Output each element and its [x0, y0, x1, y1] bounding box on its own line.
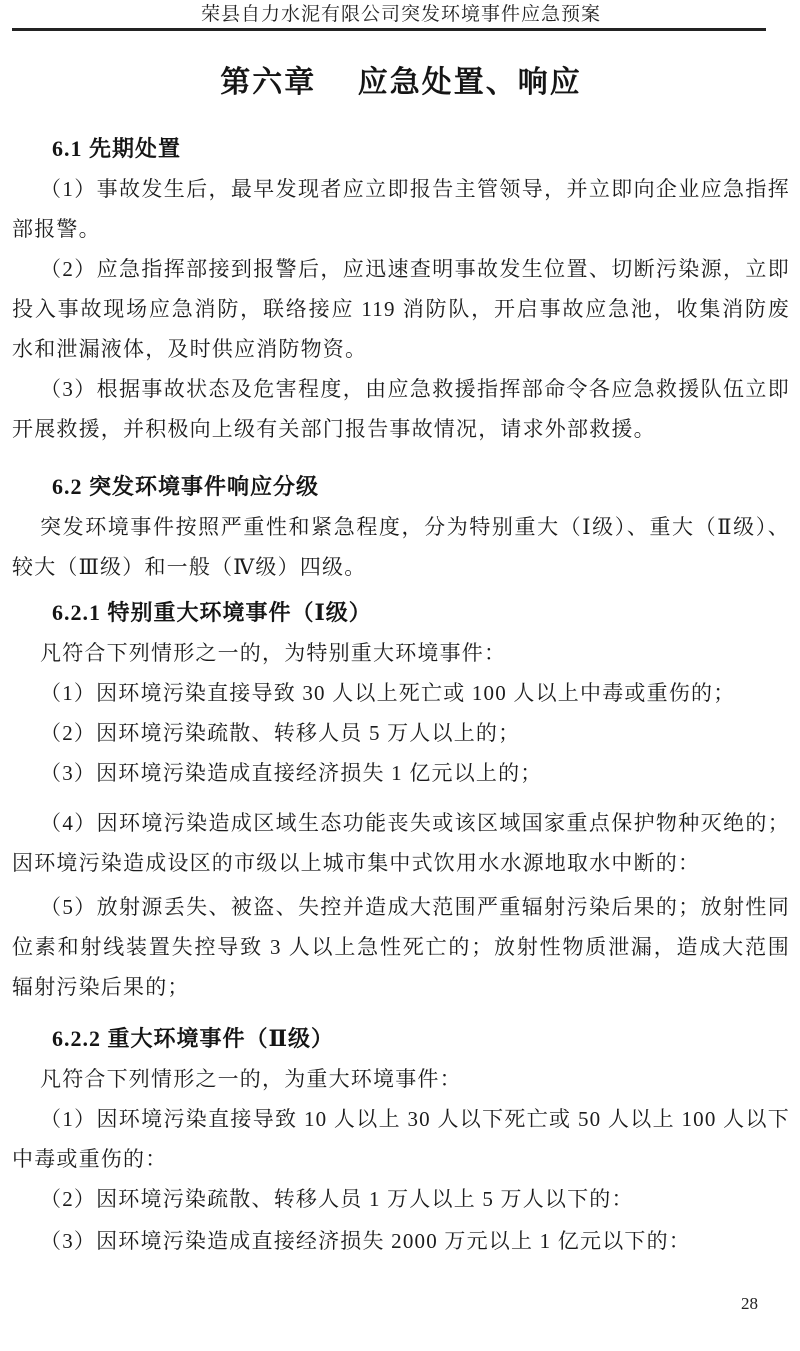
- paragraph: （4）因环境污染造成区域生态功能丧失或该区域国家重点保护物种灭绝的；因环境污染造…: [12, 803, 790, 883]
- chapter-title: 第六章 应急处置、响应: [12, 59, 790, 107]
- paragraph: （1）因环境污染直接导致 10 人以上 30 人以下死亡或 50 人以上 100…: [12, 1099, 790, 1179]
- section-heading-6-2: 6.2 突发环境事件响应分级: [52, 467, 790, 507]
- running-header: 荣县自力水泥有限公司突发环境事件应急预案: [12, 0, 790, 26]
- paragraph: （1）因环境污染直接导致 30 人以上死亡或 100 人以上中毒或重伤的；: [12, 673, 790, 713]
- section-heading-6-1: 6.1 先期处置: [52, 129, 790, 169]
- header-rule: [12, 28, 766, 31]
- page-number: 28: [741, 1294, 758, 1314]
- document-page: 荣县自力水泥有限公司突发环境事件应急预案 第六章 应急处置、响应 6.1 先期处…: [0, 0, 800, 1351]
- paragraph: （2）因环境污染疏散、转移人员 5 万人以上的；: [12, 713, 790, 753]
- paragraph: （2）应急指挥部接到报警后，应迅速查明事故发生位置、切断污染源，立即投入事故现场…: [12, 249, 790, 369]
- paragraph: 突发环境事件按照严重性和紧急程度，分为特别重大（Ⅰ级）、重大（Ⅱ级）、较大（Ⅲ级…: [12, 507, 790, 587]
- section-heading-6-2-2: 6.2.2 重大环境事件（Ⅱ级）: [52, 1019, 790, 1059]
- paragraph: （3）因环境污染造成直接经济损失 2000 万元以上 1 亿元以下的：: [12, 1221, 790, 1261]
- section-6-2-2: 6.2.2 重大环境事件（Ⅱ级） 凡符合下列情形之一的，为重大环境事件： （1）…: [12, 1019, 790, 1261]
- section-6-1: 6.1 先期处置 （1）事故发生后，最早发现者应立即报告主管领导，并立即向企业应…: [12, 129, 790, 449]
- running-header-text: 荣县自力水泥有限公司突发环境事件应急预案: [201, 4, 601, 25]
- section-6-2: 6.2 突发环境事件响应分级 突发环境事件按照严重性和紧急程度，分为特别重大（Ⅰ…: [12, 467, 790, 587]
- paragraph: （1）事故发生后，最早发现者应立即报告主管领导，并立即向企业应急指挥部报警。: [12, 169, 790, 249]
- paragraph: （3）根据事故状态及危害程度，由应急救援指挥部命令各应急救援队伍立即开展救援，并…: [12, 369, 790, 449]
- paragraph: 凡符合下列情形之一的，为特别重大环境事件：: [12, 633, 790, 673]
- paragraph: 凡符合下列情形之一的，为重大环境事件：: [12, 1059, 790, 1099]
- paragraph: （3）因环境污染造成直接经济损失 1 亿元以上的；: [12, 753, 790, 793]
- paragraph: （2）因环境污染疏散、转移人员 1 万人以上 5 万人以下的：: [12, 1179, 790, 1219]
- section-heading-6-2-1: 6.2.1 特别重大环境事件（Ⅰ级）: [52, 593, 790, 633]
- section-6-2-1: 6.2.1 特别重大环境事件（Ⅰ级） 凡符合下列情形之一的，为特别重大环境事件：…: [12, 593, 790, 1007]
- paragraph: （5）放射源丢失、被盗、失控并造成大范围严重辐射污染后果的；放射性同位素和射线装…: [12, 887, 790, 1007]
